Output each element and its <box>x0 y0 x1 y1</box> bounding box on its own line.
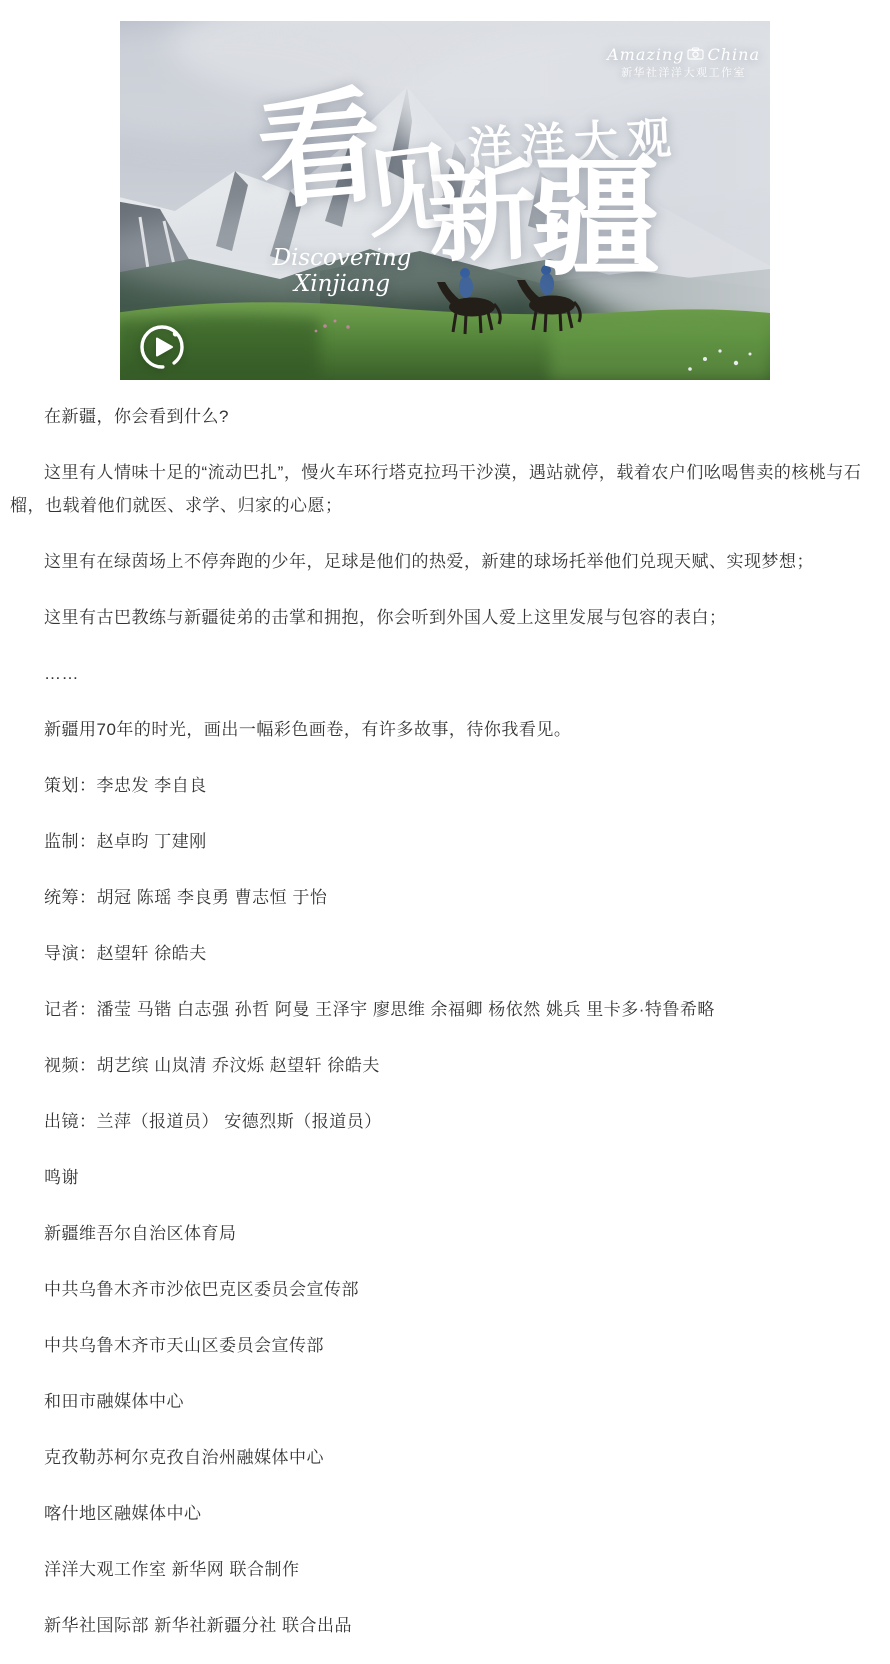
brand-logo: Amazing China 新华社洋洋大观工作室 <box>607 45 760 81</box>
brand-logo-word2: China <box>707 45 760 65</box>
body-paragraph: 新疆用70年的时光，画出一幅彩色画卷，有许多故事，待你我看见。 <box>10 713 880 746</box>
production-line: 洋洋大观工作室 新华网 联合制作 <box>10 1553 880 1586</box>
credit-line: 记者：潘莹 马锴 白志强 孙哲 阿曼 王泽宇 廖思维 余福卿 杨依然 姚兵 里卡… <box>10 993 880 1026</box>
credit-line: 导演：赵望轩 徐皓夫 <box>10 937 880 970</box>
credit-line: 监制：赵卓昀 丁建刚 <box>10 825 880 858</box>
article-page: Amazing China 新华社洋洋大观工作室 洋洋大观 看 见 新 疆 Di… <box>0 21 890 1642</box>
brand-logo-word1: Amazing <box>607 45 684 65</box>
credit-line: 视频：胡艺缤 山岚清 乔汶烁 赵望轩 徐皓夫 <box>10 1049 880 1082</box>
acknowledgement-line: 和田市融媒体中心 <box>10 1385 880 1418</box>
credit-line: 统筹：胡冠 陈瑶 李良勇 曹志恒 于怡 <box>10 881 880 914</box>
main-title-char-3: 新 <box>426 157 538 269</box>
body-paragraph: 在新疆，你会看到什么? <box>10 400 880 433</box>
article-body: 在新疆，你会看到什么? 这里有人情味十足的“流动巴扎”，慢火车环行塔克拉玛干沙漠… <box>0 400 890 1642</box>
body-paragraph: 这里有人情味十足的“流动巴扎”，慢火车环行塔克拉玛干沙漠，遇站就停，载着农户们吆… <box>10 456 880 522</box>
main-title-char-4: 疆 <box>532 155 660 283</box>
play-button[interactable] <box>138 323 186 371</box>
acknowledgement-line: 鸣谢 <box>10 1161 880 1194</box>
credit-line: 策划：李忠发 李自良 <box>10 769 880 802</box>
credit-line: 出镜：兰萍（报道员） 安德烈斯（报道员） <box>10 1105 880 1138</box>
acknowledgement-line: 中共乌鲁木齐市沙依巴克区委员会宣传部 <box>10 1273 880 1306</box>
english-subtitle: Discovering Xinjiang <box>270 245 414 298</box>
english-subtitle-line1: Discovering <box>270 245 414 271</box>
production-line: 新华社国际部 新华社新疆分社 联合出品 <box>10 1609 880 1642</box>
acknowledgement-line: 克孜勒苏柯尔克孜自治州融媒体中心 <box>10 1441 880 1474</box>
brand-logo-cn: 新华社洋洋大观工作室 <box>607 67 760 81</box>
acknowledgement-line: 新疆维吾尔自治区体育局 <box>10 1217 880 1250</box>
acknowledgement-line: 中共乌鲁木齐市天山区委员会宣传部 <box>10 1329 880 1362</box>
camera-icon <box>687 45 704 65</box>
video-player[interactable]: Amazing China 新华社洋洋大观工作室 洋洋大观 看 见 新 疆 Di… <box>120 21 770 380</box>
english-subtitle-line2: Xinjiang <box>270 271 414 297</box>
acknowledgement-line: 喀什地区融媒体中心 <box>10 1497 880 1530</box>
body-paragraph: 这里有古巴教练与新疆徒弟的击掌和拥抱，你会听到外国人爱上这里发展与包容的表白； <box>10 601 880 634</box>
body-paragraph: 这里有在绿茵场上不停奔跑的少年，足球是他们的热爱，新建的球场托举他们兑现天赋、实… <box>10 545 880 578</box>
play-icon <box>138 323 186 371</box>
body-paragraph: …… <box>10 657 880 690</box>
